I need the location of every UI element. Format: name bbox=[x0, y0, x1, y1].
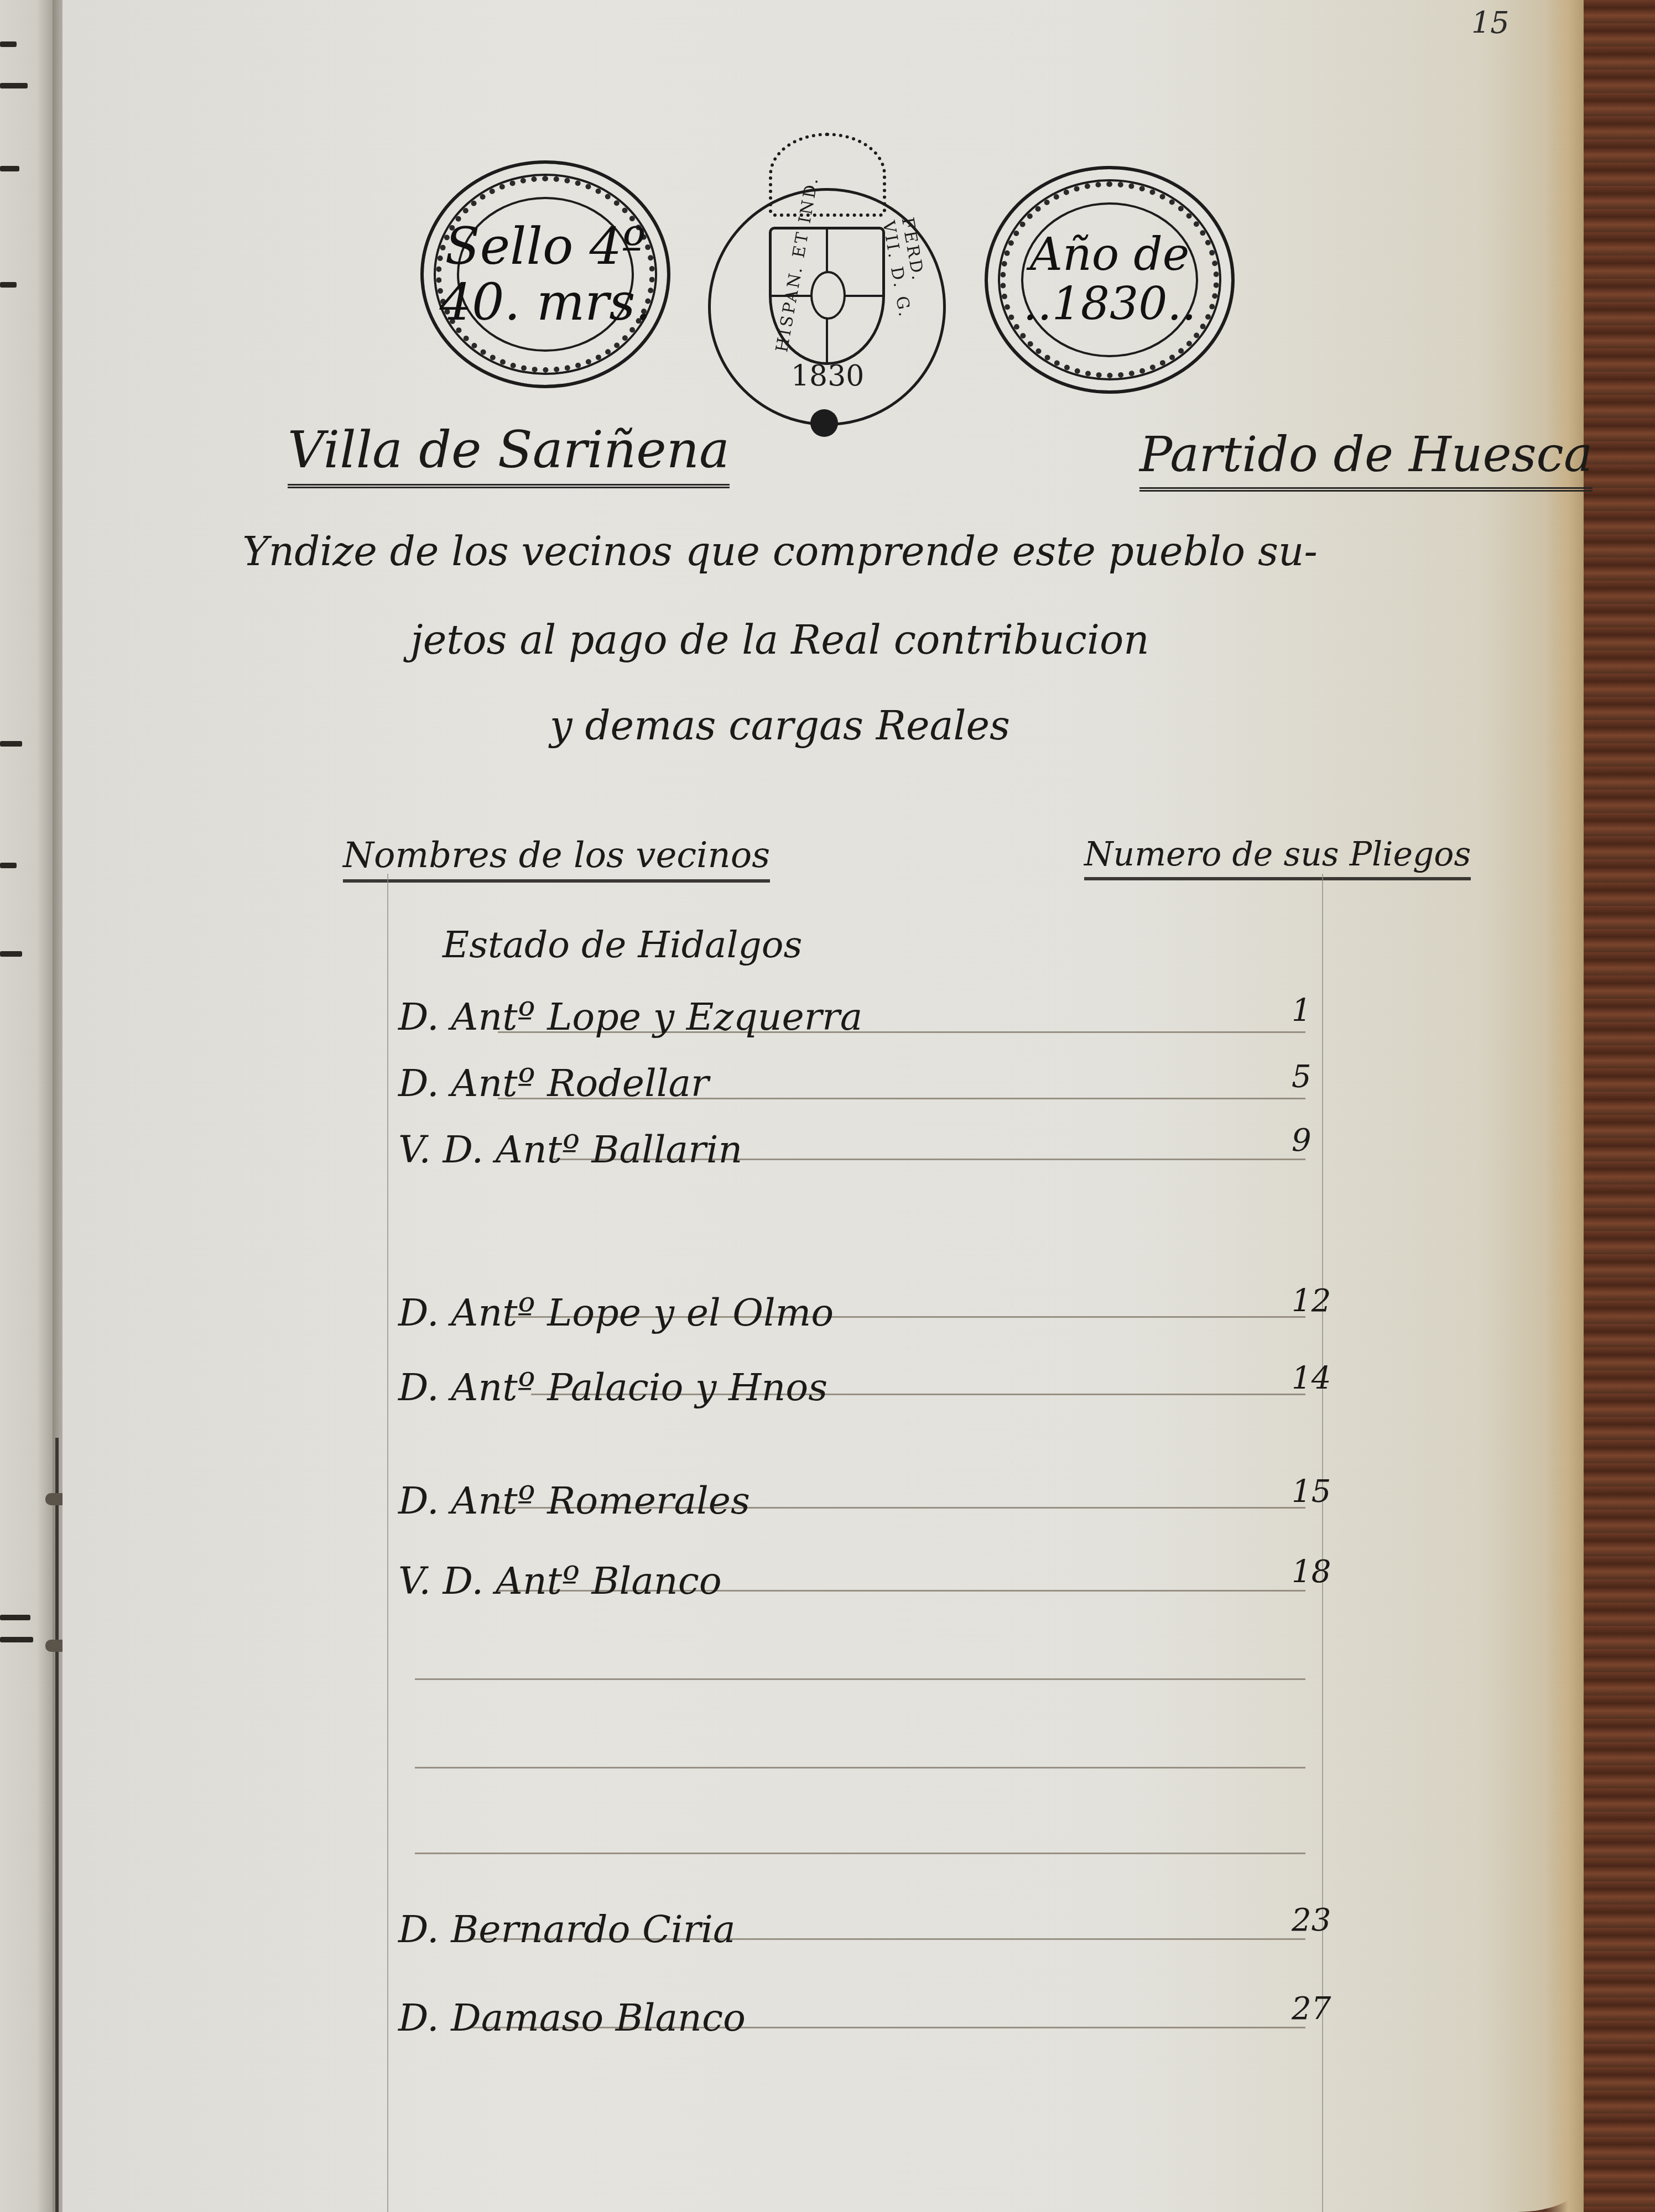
seal-year-medal: Año de ..1830.. bbox=[985, 166, 1235, 394]
entry-pliego: 15 bbox=[1292, 1474, 1331, 1510]
locality-title: Villa de Sariñena bbox=[288, 420, 730, 488]
facing-page-edge bbox=[0, 0, 53, 2212]
pendant-ornament-icon bbox=[810, 409, 838, 437]
entry-pliego: 1 bbox=[1292, 993, 1311, 1029]
entry-pliego: 14 bbox=[1292, 1360, 1331, 1396]
entry-pliego: 23 bbox=[1292, 1902, 1331, 1938]
ink-fragment bbox=[0, 1615, 30, 1620]
ink-fragment bbox=[0, 863, 17, 868]
seal-class: Sello 4º bbox=[439, 218, 651, 274]
binding-thread bbox=[55, 1438, 59, 2212]
royal-coat-of-arms: HISPAN. ET IND. FERD. VII. D. G. 1830 bbox=[686, 122, 962, 431]
section-heading: Estado de Hidalgos bbox=[443, 924, 802, 966]
entry-name: D. Antº Lope y Ezquerra bbox=[398, 995, 862, 1039]
row-rule bbox=[415, 1678, 1305, 1680]
fleur-de-lis-escutcheon-icon bbox=[810, 271, 846, 320]
stamped-paper-seal: Sello 4º 40. mrs. HISPAN. ET IND. FERD. … bbox=[420, 122, 1250, 431]
column-header-names: Nombres de los vecinos bbox=[343, 835, 770, 883]
ink-fragment bbox=[0, 166, 19, 171]
entry-name: V. D. Antº Blanco bbox=[398, 1559, 722, 1603]
seal-price: 40. mrs. bbox=[439, 274, 651, 330]
row-rule bbox=[415, 1767, 1305, 1768]
seal-year-label: Año de bbox=[1023, 230, 1196, 280]
entry-pliego: 9 bbox=[1292, 1123, 1311, 1159]
margin-rule-left bbox=[387, 874, 388, 2212]
ink-fragment bbox=[0, 83, 28, 88]
page-edge-wear bbox=[1545, 0, 1584, 2212]
ink-fragment bbox=[0, 1637, 33, 1642]
entry-pliego: 12 bbox=[1292, 1283, 1331, 1319]
entry-name: D. Antº Rodellar bbox=[398, 1062, 709, 1105]
seal-value-medal: Sello 4º 40. mrs. bbox=[420, 160, 670, 388]
desk-background bbox=[1578, 0, 1655, 2212]
column-header-pliegos: Numero de sus Pliegos bbox=[1084, 835, 1471, 880]
intro-line-2: jetos al pago de la Real contribucion bbox=[144, 617, 1416, 663]
entry-name: D. Antº Lope y el Olmo bbox=[398, 1291, 834, 1335]
folio-number: 15 bbox=[1471, 6, 1510, 40]
entry-name: D. Antº Romerales bbox=[398, 1479, 750, 1523]
entry-name: V. D. Antº Ballarin bbox=[398, 1128, 742, 1172]
crest-year: 1830 bbox=[791, 359, 864, 393]
district-title: Partido de Huesca bbox=[1139, 426, 1592, 492]
intro-line-1: Yndize de los vecinos que comprende este… bbox=[144, 528, 1416, 575]
row-rule bbox=[415, 1853, 1305, 1854]
entry-pliego: 5 bbox=[1292, 1059, 1311, 1095]
ink-fragment bbox=[0, 41, 17, 47]
ink-fragment bbox=[0, 282, 17, 288]
entry-pliego: 18 bbox=[1292, 1554, 1331, 1590]
ink-fragment bbox=[0, 741, 22, 747]
ink-fragment bbox=[0, 951, 22, 957]
entry-name: D. Antº Palacio y Hnos bbox=[398, 1366, 827, 1410]
entry-name: D. Bernardo Ciria bbox=[398, 1908, 736, 1952]
entry-pliego: 27 bbox=[1292, 1991, 1331, 2027]
seal-year-value: ..1830.. bbox=[1023, 280, 1196, 330]
entry-name: D. Damaso Blanco bbox=[398, 1996, 746, 2040]
intro-line-3: y demas cargas Reales bbox=[144, 702, 1416, 749]
